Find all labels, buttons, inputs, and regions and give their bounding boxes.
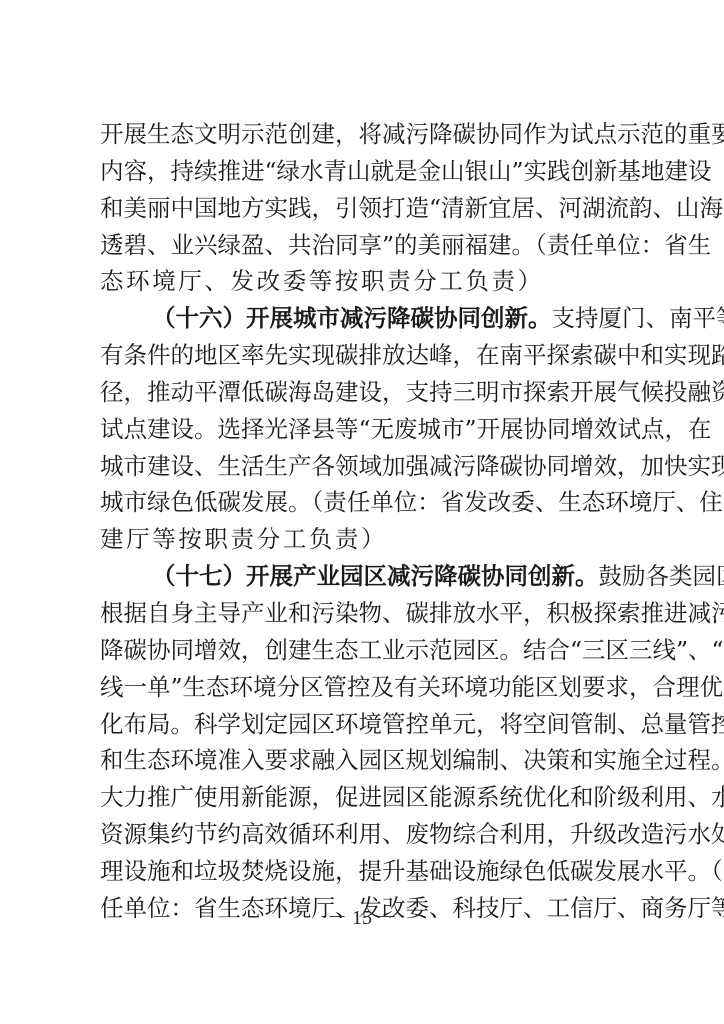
document-page: 开展生态文明示范创建，将减污降碳协同作为试点示范的重要 内容，持续推进“绿水青山… xyxy=(0,0,724,1024)
paragraph-line: 城市绿色低碳发展。（责任单位：省发改委、生态环境厅、住 xyxy=(100,484,628,521)
paragraph-line: 降碳协同增效，创建生态工业示范园区。结合“三区三线”、“三 xyxy=(100,632,628,669)
section-17-text: 鼓励各类园区 xyxy=(599,562,724,590)
paragraph-line: 资源集约节约高效循环利用、废物综合利用，升级改造污水处 xyxy=(100,816,628,853)
section-16-heading: （十六）开展城市减污降碳协同创新。 xyxy=(152,304,552,332)
page-number: － 15 － xyxy=(0,901,724,930)
paragraph-line: 理设施和垃圾焚烧设施，提升基础设施绿色低碳发展水平。（责 xyxy=(100,853,628,890)
section-17-heading: （十七）开展产业园区减污降碳协同创新。 xyxy=(152,562,599,590)
paragraph-line: 建厅等按职责分工负责） xyxy=(100,521,628,558)
body-text: 开展生态文明示范创建，将减污降碳协同作为试点示范的重要 内容，持续推进“绿水青山… xyxy=(100,116,628,927)
section-16-first-line: （十六）开展城市减污降碳协同创新。支持厦门、南平等 xyxy=(100,300,628,337)
paragraph-line: 城市建设、生活生产各领域加强减污降碳协同增效，加快实现 xyxy=(100,448,628,485)
paragraph-line: 态环境厅、发改委等按职责分工负责） xyxy=(100,263,628,300)
paragraph-line: 大力推广使用新能源，促进园区能源系统优化和阶级利用、水 xyxy=(100,779,628,816)
paragraph-line: 开展生态文明示范创建，将减污降碳协同作为试点示范的重要 xyxy=(100,116,628,153)
paragraph-line: 化布局。科学划定园区环境管控单元，将空间管制、总量管控 xyxy=(100,706,628,743)
paragraph-line: 试点建设。选择光泽县等“无废城市”开展协同增效试点，在 xyxy=(100,411,628,448)
paragraph-line: 根据自身主导产业和污染物、碳排放水平，积极探索推进减污 xyxy=(100,595,628,632)
paragraph-line: 有条件的地区率先实现碳排放达峰，在南平探索碳中和实现路 xyxy=(100,337,628,374)
section-17-first-line: （十七）开展产业园区减污降碳协同创新。鼓励各类园区 xyxy=(100,558,628,595)
paragraph-line: 内容，持续推进“绿水青山就是金山银山”实践创新基地建设 xyxy=(100,153,628,190)
paragraph-line: 和生态环境准入要求融入园区规划编制、决策和实施全过程。 xyxy=(100,742,628,779)
paragraph-line: 线一单”生态环境分区管控及有关环境功能区划要求，合理优 xyxy=(100,669,628,706)
paragraph-line: 透碧、业兴绿盈、共治同享”的美丽福建。（责任单位：省生 xyxy=(100,227,628,264)
paragraph-line: 径，推动平潭低碳海岛建设，支持三明市探索开展气候投融资 xyxy=(100,374,628,411)
section-16-text: 支持厦门、南平等 xyxy=(552,304,724,332)
paragraph-line: 和美丽中国地方实践，引领打造“清新宜居、河湖流韵、山海 xyxy=(100,190,628,227)
